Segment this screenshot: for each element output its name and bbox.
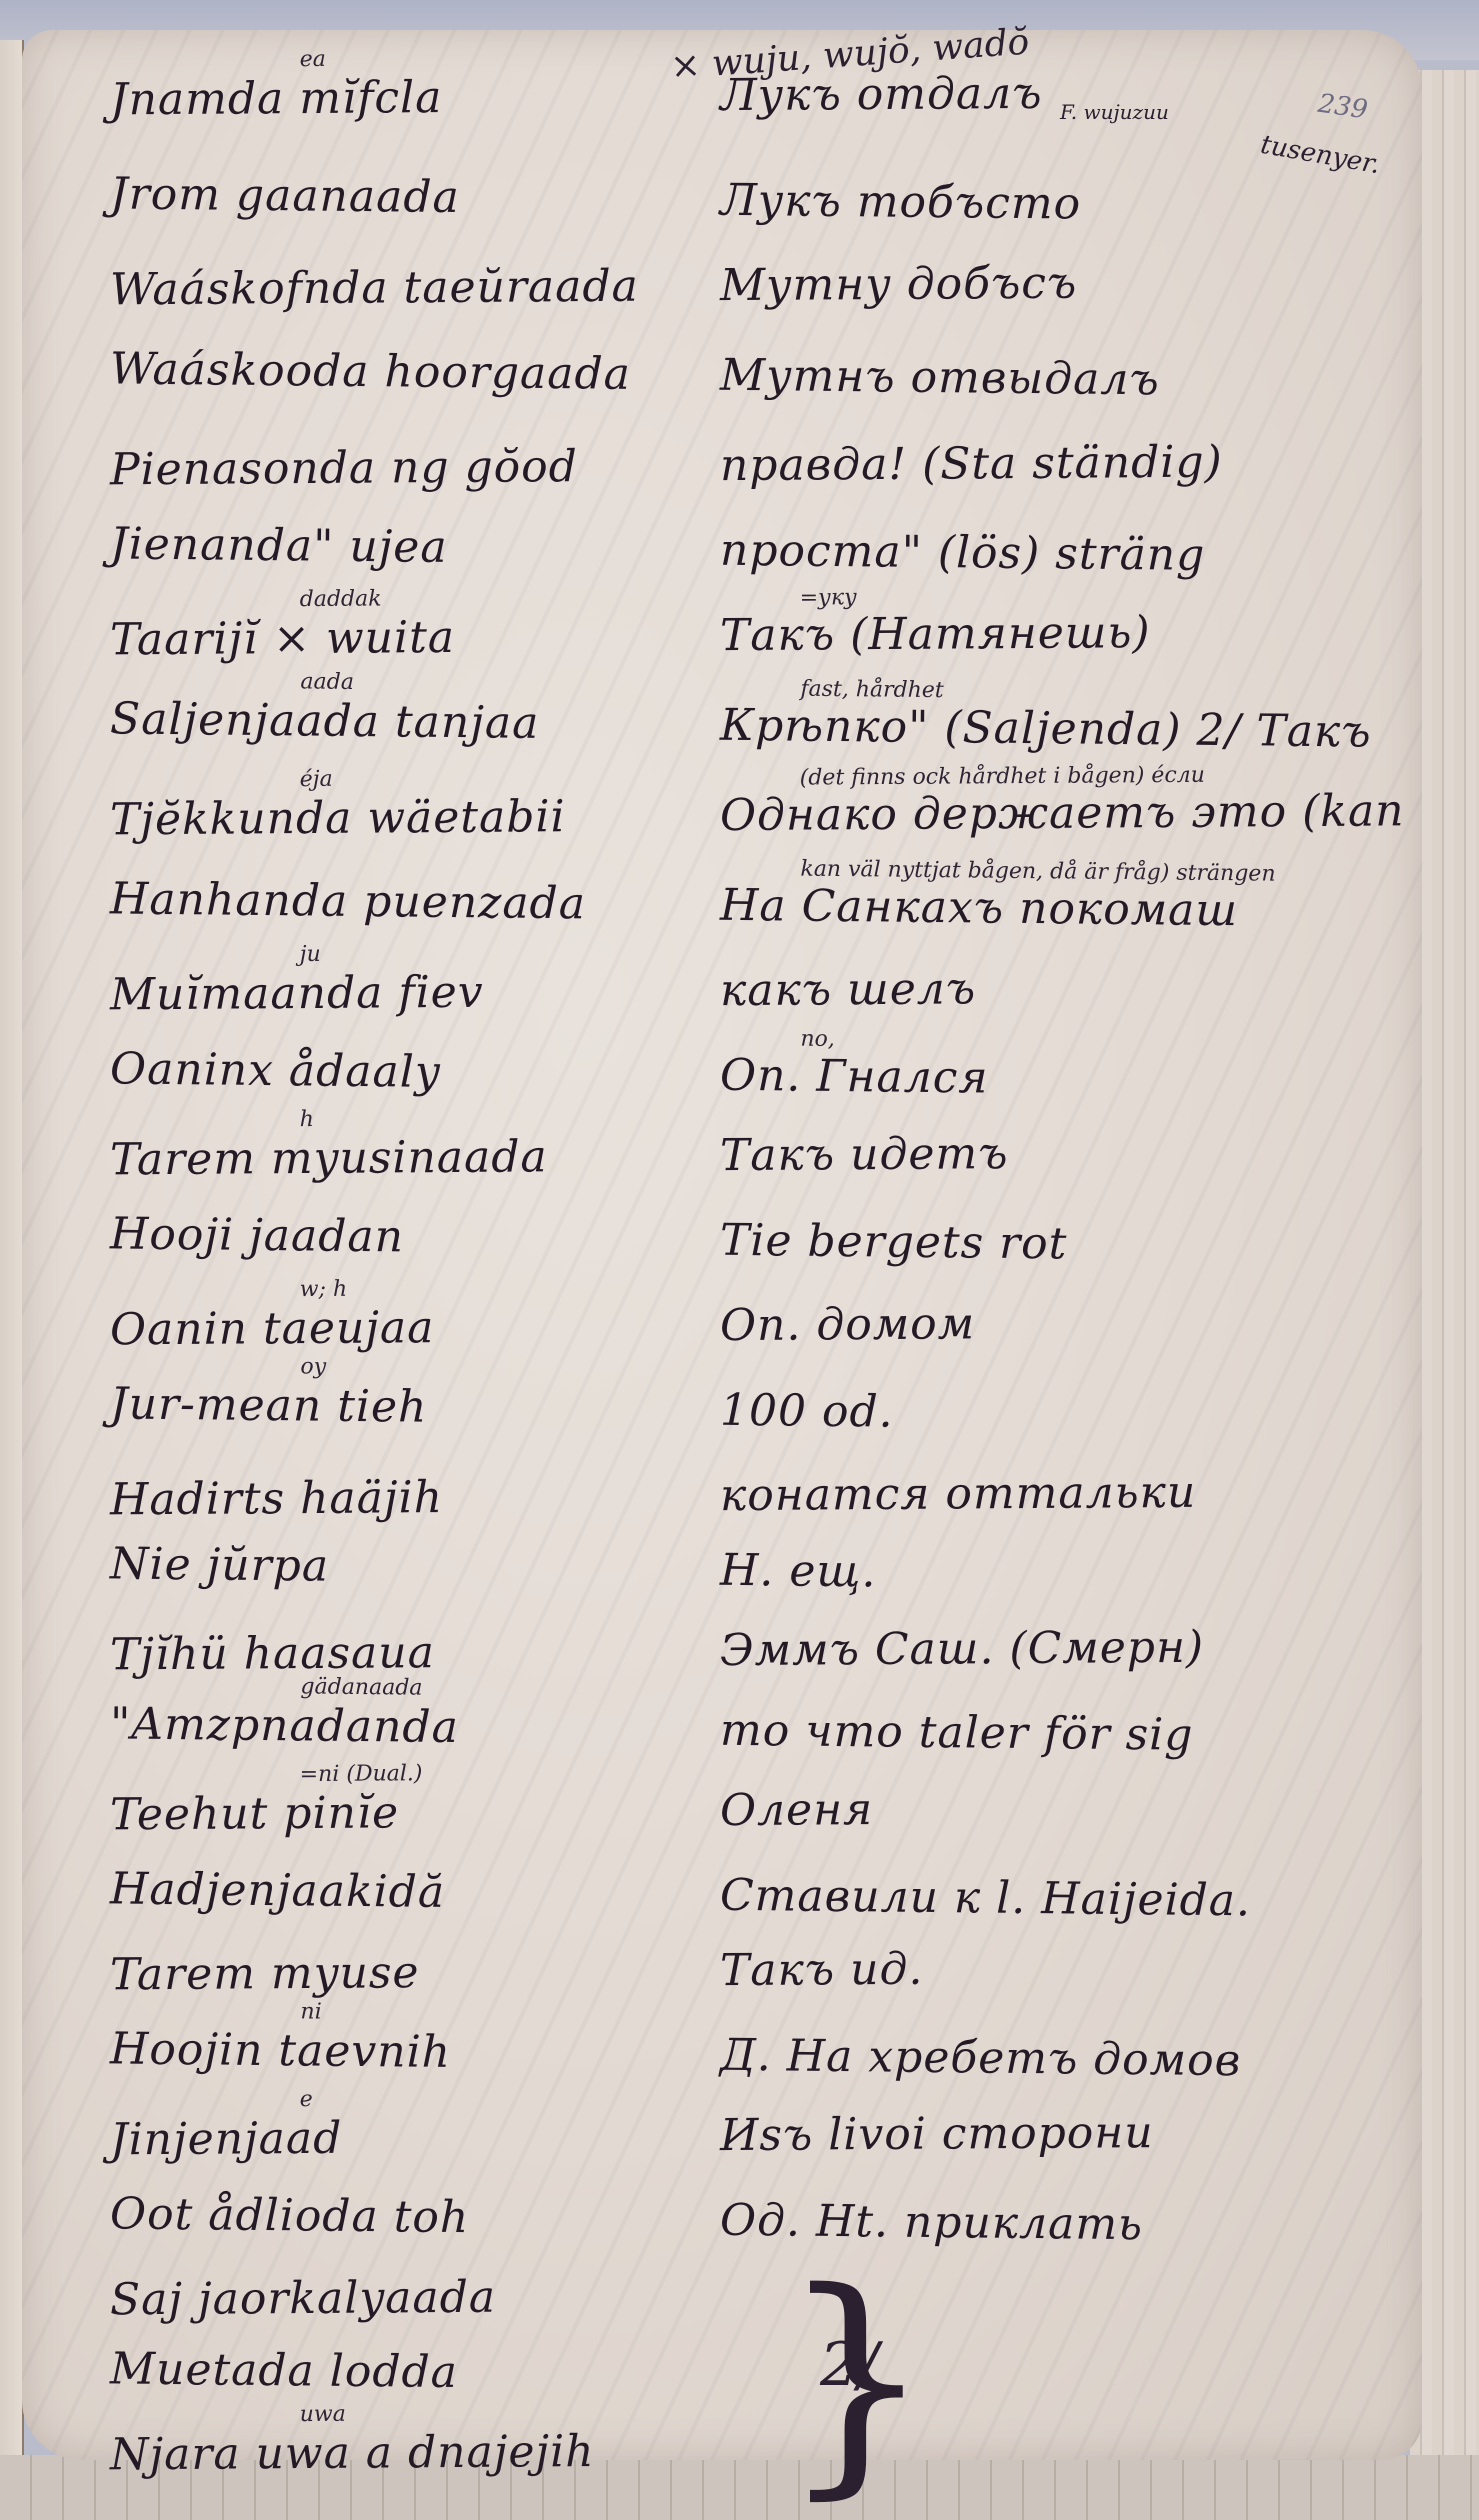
entry-source-word: Saljenjaada tanjaa — [110, 693, 540, 748]
entry-source-word: Teehut pinĭe — [110, 1787, 399, 1840]
entry-source-word: Tarem myusinaada — [110, 1131, 548, 1185]
entry-translation: Лукъ тобъсто — [720, 175, 1082, 230]
entry-translation: Н. ещ. — [720, 1545, 877, 1598]
entry-source-word: Pienasonda ng gŏod — [110, 441, 578, 495]
entry-source-word: Saj jaorkalyaada — [110, 2272, 496, 2326]
entry-translation: Оленя — [720, 1784, 874, 1836]
entry-translation: Такъ (Натянешь) — [720, 607, 1151, 661]
entry-translation: проста" (lös) sträng — [720, 525, 1206, 581]
entry-source-word: Oot ådlioda toh — [110, 2188, 470, 2243]
entry-source-annotation: ea — [300, 47, 326, 72]
entry-translation: Такъ ид. — [720, 1944, 924, 1996]
entry-translation: Ha Санкахъ покомаш — [720, 880, 1239, 936]
entry-source-annotation: w; h — [300, 1277, 348, 1302]
entry-source-annotation: e — [300, 2087, 313, 2112]
list-item: Tarem myusinaadahТакъ идетъ — [0, 1125, 1479, 1195]
entry-translation: On. домом — [720, 1298, 976, 1351]
list-item: Muĭmaanda fievjuкакъ шелъ — [0, 960, 1479, 1030]
entry-translation-annotation: =уку — [800, 585, 857, 610]
entry-source-annotation: aada — [300, 669, 354, 695]
entry-source-annotation: ni — [300, 1999, 321, 2024]
list-item: Pienasonda ng gŏodправда! (Sta ständig) — [0, 435, 1479, 505]
list-item: Saj jaorkalyaada — [0, 2265, 1479, 2335]
entry-source-word: Muetada lodda — [110, 2343, 458, 2398]
entry-source-word: Jnamda mĭfcla — [110, 72, 443, 125]
entry-source-word: Tjĕkkunda wäetabii — [110, 791, 566, 845]
list-item: Tjĭhü haasauaЭммъ Саш. (Смерн) — [0, 1620, 1479, 1690]
entry-translation: Иsъ livoi сторони — [720, 2107, 1154, 2161]
entry-source-word: Tarem myuse — [110, 1947, 420, 2000]
list-item: Oanin taeujaaw; hOn. домом — [0, 1295, 1479, 1365]
entry-source-word: Nie jŭrpa — [110, 1538, 330, 1591]
entry-source-annotation: éja — [300, 767, 333, 792]
entry-source-annotation: daddak — [300, 586, 382, 612]
entry-source-word: Hadirts haäjih — [110, 1472, 443, 1525]
list-item: Hadirts haäjihконатся оттальки — [0, 1465, 1479, 1535]
entry-source-annotation: =ni (Dual.) — [300, 1761, 423, 1787]
entry-translation: правда! (Sta ständig) — [720, 437, 1223, 492]
list-item: Tjĕkkunda wäetabiiéjaОднако держаетъ это… — [0, 785, 1479, 855]
list-item: Njara uwa a dnajejihuwa — [0, 2420, 1479, 2490]
entry-source-annotation: oy — [300, 1354, 326, 1379]
list-item: Waáskofnda taeŭraadaМутну добъсъ — [0, 255, 1479, 325]
brace-label: 2/ — [820, 2330, 878, 2400]
entry-translation-annotation: kan väl nyttjat bågen, då är fråg) strän… — [800, 857, 1275, 887]
list-item: JinjenjaadeИsъ livoi сторони — [0, 2105, 1479, 2175]
entry-source-word: Taarijĭ × wuita — [110, 612, 455, 665]
entry-translation: On. Гнался — [720, 1050, 989, 1104]
entry-source-word: Jienanda" ujea — [110, 518, 448, 573]
entry-source-annotation: ju — [300, 942, 321, 967]
list-item: Teehut pinĭe=ni (Dual.)Оленя — [0, 1780, 1479, 1850]
list-item: Jnamda mĭfclaeaЛукъ отдалъ — [0, 65, 1479, 135]
entry-translation: Мутну добъсъ — [720, 258, 1078, 311]
entry-translation: Д. На хребетъ домов — [720, 2030, 1242, 2086]
entry-translation-annotation: fast, hårdhet — [800, 677, 944, 703]
entry-source-word: Jrom gaanaada — [110, 168, 460, 223]
entry-source-word: Waáskofnda taeŭraada — [110, 261, 639, 316]
entry-source-word: Oanin taeujaa — [110, 1302, 435, 1355]
entry-source-word: Muĭmaanda fiev — [110, 967, 484, 1021]
entry-source-word: Waáskooda hoorgaada — [110, 343, 631, 399]
entry-translation-annotation: no, — [800, 1027, 835, 1052]
entry-translation: Мутнъ отвыдалъ — [720, 350, 1160, 406]
entry-translation: Крѣпко" (Saljenda) 2/ Такъ — [720, 700, 1372, 758]
entry-translation: Tie bergets rot — [720, 1215, 1068, 1270]
entry-translation: Такъ идетъ — [720, 1128, 1009, 1181]
entry-source-word: Tjĭhü haasaua — [110, 1627, 435, 1680]
entry-translation: конатся оттальки — [720, 1467, 1197, 1521]
entry-source-word: Hadjenjaakidă — [110, 1863, 446, 1918]
entry-source-word: Hoojin taevnih — [110, 2023, 451, 2078]
entry-translation: Ставили к l. Haijeida. — [720, 1870, 1252, 1927]
entry-translation: какъ шелъ — [720, 963, 977, 1016]
entry-source-annotation: h — [300, 1107, 314, 1132]
entry-translation: Лукъ отдалъ — [720, 68, 1043, 121]
entry-source-word: Jinjenjaad — [110, 2113, 343, 2166]
entry-source-word: "Amzpnadanda — [110, 1698, 459, 1753]
entry-translation: Однако держаетъ это (kan — [720, 785, 1405, 841]
entry-source-annotation: gädanaada — [300, 1674, 422, 1700]
entry-source-annotation: uwa — [300, 2402, 346, 2427]
entry-translation: то что taler för sig — [720, 1705, 1194, 1761]
entry-translation: Эммъ Саш. (Смерн) — [720, 1622, 1205, 1676]
entry-source-word: Oaninx ådaaly — [110, 1043, 441, 1097]
entry-source-word: Jur-mean tieh — [110, 1378, 428, 1432]
list-item: Tarem myuseТакъ ид. — [0, 1940, 1479, 2010]
entry-source-word: Hanhanda puenzada — [110, 873, 586, 929]
entry-translation-annotation: (det finns ock hårdhet i bågen) éсли — [800, 763, 1205, 791]
entry-translation: 100 od. — [720, 1385, 894, 1438]
entry-source-word: Hooji jaadan — [110, 1208, 404, 1262]
list-item: Taarijĭ × wuitadaddakТакъ (Натянешь)=уку — [0, 605, 1479, 675]
entry-source-word: Njara uwa a dnajejih — [110, 2426, 595, 2480]
